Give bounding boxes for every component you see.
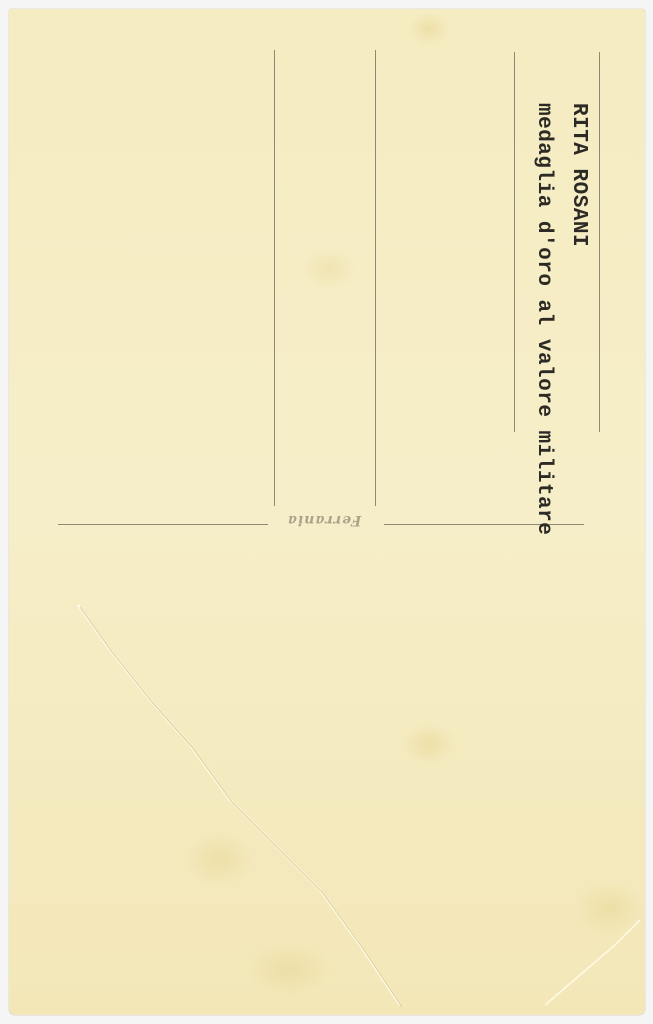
recipient-title: medaglia d'oro al valore militare (532, 103, 555, 535)
recipient-name: RITA ROSANI (567, 103, 590, 247)
divider-line-right (375, 50, 376, 506)
horizontal-rule-left (58, 524, 268, 525)
divider-line-left (274, 50, 275, 506)
address-line-1 (514, 52, 515, 432)
address-line-2 (599, 52, 600, 432)
publisher-mark: Ferrania (276, 512, 372, 528)
